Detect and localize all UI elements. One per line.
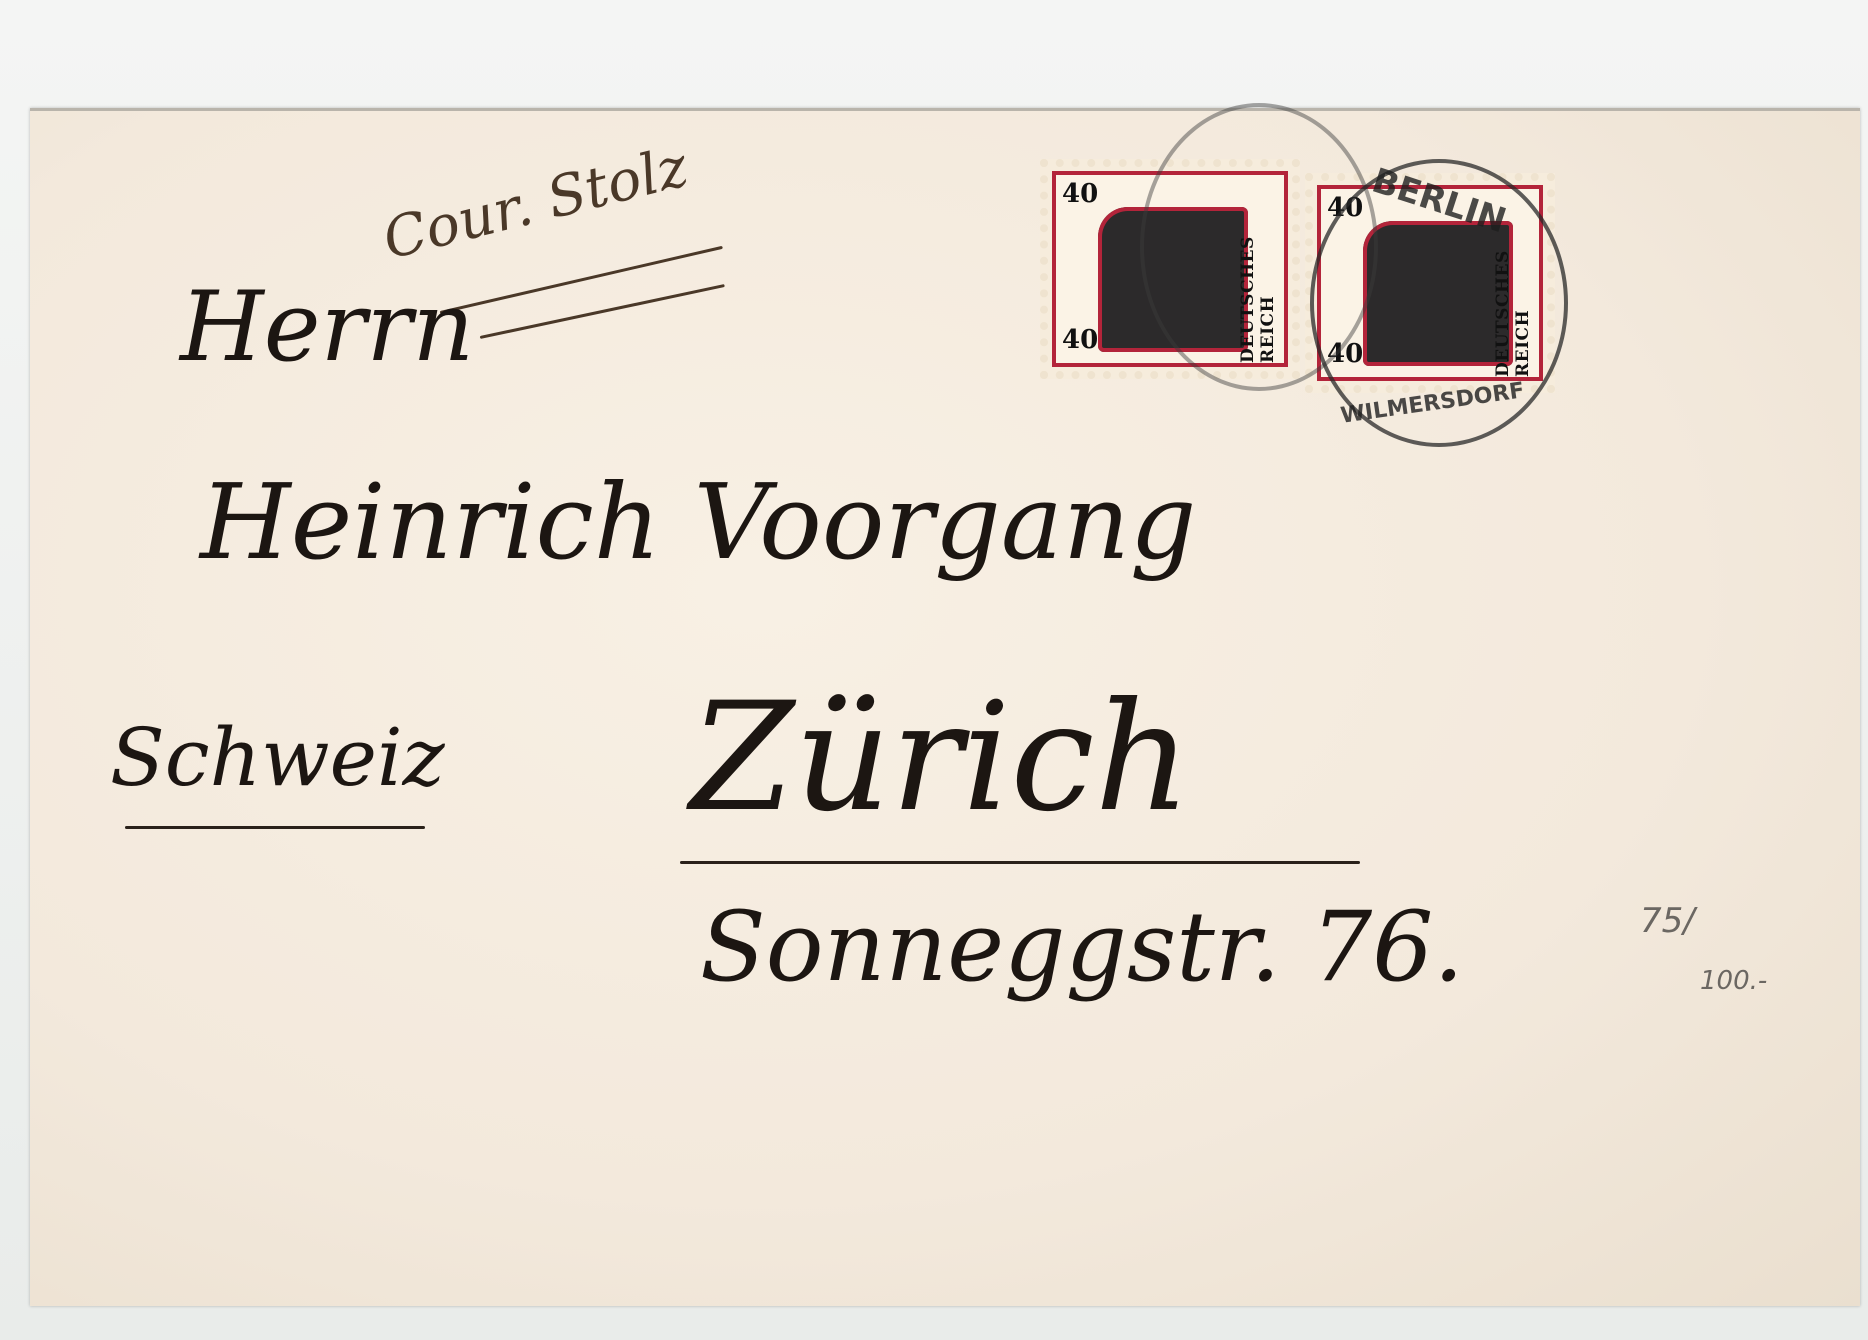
address-country: Schweiz	[110, 711, 445, 804]
address-salutation: Herrn	[180, 271, 474, 383]
annotation-top-left: Cour. Stolz	[377, 134, 694, 272]
stamp-value-top: 40	[1062, 179, 1098, 209]
city-underline	[680, 861, 1360, 864]
stamp-value-bottom: 40	[1062, 325, 1098, 355]
annotation-underline-1	[440, 246, 723, 314]
address-name: Heinrich Voorgang	[200, 461, 1196, 583]
envelope: Cour. Stolz Herrn Heinrich Voorgang Schw…	[30, 108, 1860, 1306]
pencil-note-price-1: 75/	[1640, 901, 1695, 941]
address-street: Sonneggstr. 76.	[700, 891, 1464, 1003]
pencil-note-price-2: 100.-	[1700, 966, 1767, 996]
address-city: Zürich	[690, 671, 1191, 845]
country-underline	[125, 826, 425, 829]
